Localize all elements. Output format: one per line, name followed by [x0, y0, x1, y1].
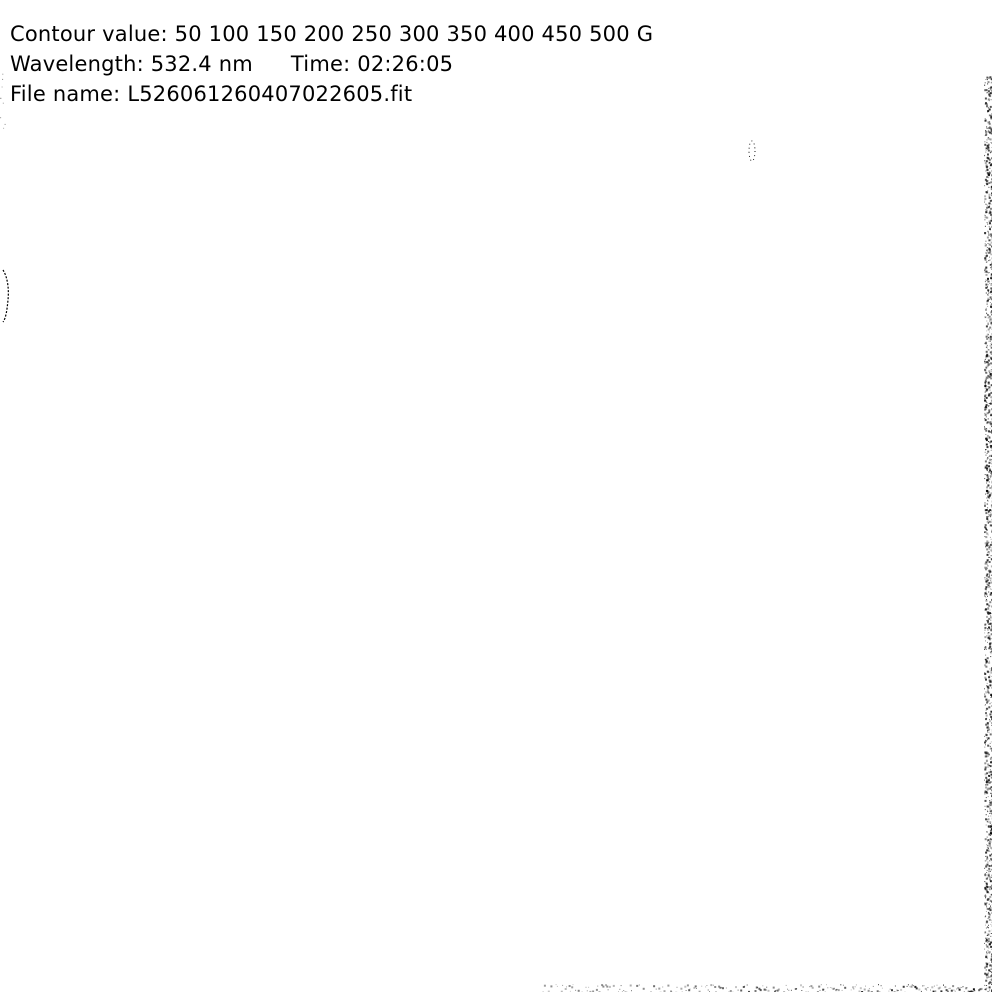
wavelength-label: Wavelength: — [10, 52, 144, 76]
file-value: L526061260407022605.fit — [127, 82, 412, 106]
contour-levels: 50 100 150 200 250 300 350 400 450 500 — [175, 22, 630, 46]
file-name-line: File name: L526061260407022605.fit — [10, 82, 412, 106]
contour-label: Contour value: — [10, 22, 168, 46]
contour-plot-area — [0, 0, 992, 992]
noise-right-edge — [984, 76, 992, 991]
time-label: Time: — [291, 52, 350, 76]
file-label: File name: — [10, 82, 120, 106]
time-value: 02:26:05 — [357, 52, 453, 76]
noise-left-edge — [0, 74, 6, 129]
wavelength-value: 532.4 nm — [151, 52, 253, 76]
contour-left-edge — [3, 270, 8, 322]
noise-bottom-edge — [543, 984, 992, 992]
contour-unit: G — [637, 22, 653, 46]
contour-value-line: Contour value: 50 100 150 200 250 300 35… — [10, 22, 653, 46]
wavelength-time-line: Wavelength: 532.4 nmTime: 02:26:05 — [10, 52, 453, 76]
contour-small-loop — [749, 141, 755, 161]
